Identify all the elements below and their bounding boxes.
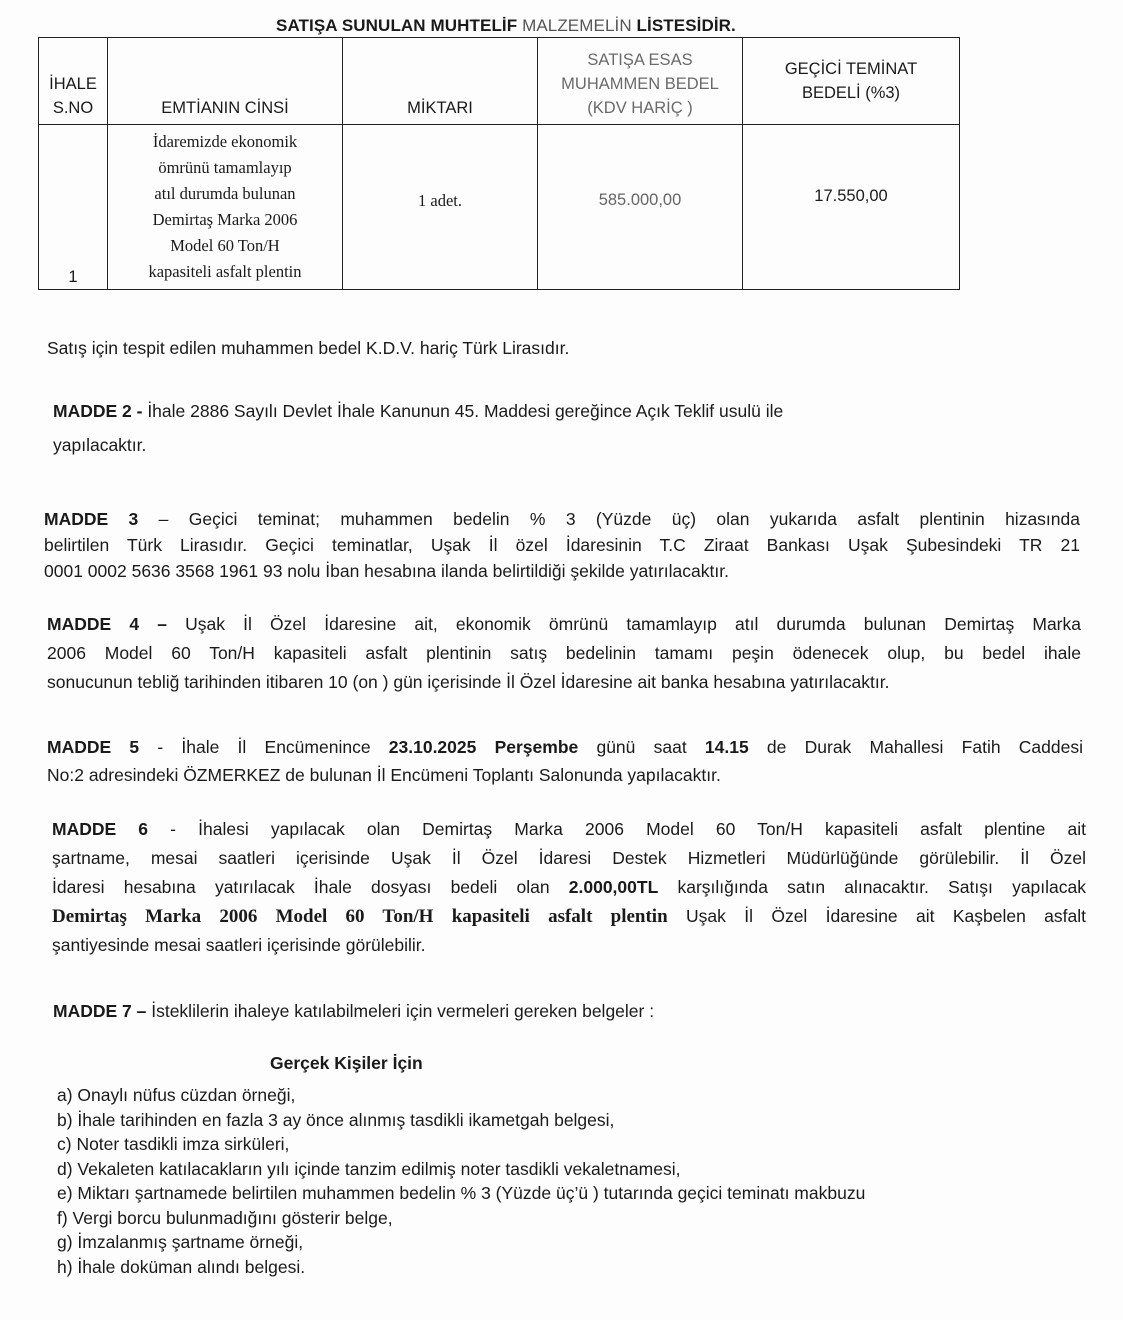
items-table: İHALES.NO EMTİANIN CİNSİ MİKTARI SATIŞA … (38, 37, 960, 290)
list-item: e) Miktarı şartnamede belirtilen muhamme… (57, 1181, 865, 1206)
cell-sno: 1 (39, 125, 108, 290)
list-item: c) Noter tasdikli imza sirküleri, (57, 1132, 865, 1157)
article-2-label: MADDE 2 - (53, 401, 142, 421)
header-temporary-deposit: GEÇİCİ TEMİNATBEDELİ (%3) (743, 38, 960, 125)
cell-description: İdaremizde ekonomik ömrünü tamamlayıp at… (108, 125, 343, 290)
article-5-label: MADDE 5 (47, 737, 139, 757)
header-quantity: MİKTARI (343, 38, 538, 125)
header-description: EMTİANIN CİNSİ (108, 38, 343, 125)
article-6: MADDE 6 - İhalesi yapılacak olan Demirta… (52, 815, 1086, 960)
article-2: MADDE 2 - İhale 2886 Sayılı Devlet İhale… (53, 397, 983, 459)
list-item: d) Vekaleten katılacakların yılı içinde … (57, 1157, 865, 1182)
list-item: f) Vergi borcu bulunmadığını gösterir be… (57, 1206, 865, 1231)
article-7: MADDE 7 – İsteklilerin ihaleye katılabil… (53, 997, 654, 1025)
table-header-row: İHALES.NO EMTİANIN CİNSİ MİKTARI SATIŞA … (39, 38, 960, 125)
required-documents-list: a) Onaylı nüfus cüzdan örneği, b) İhale … (57, 1083, 865, 1279)
auction-time: 14.15 (705, 737, 749, 757)
article-5: MADDE 5 - İhale İl Encümenince 23.10.202… (47, 733, 1083, 789)
list-item: b) İhale tarihinden en fazla 3 ay önce a… (57, 1108, 865, 1133)
price-note: Satış için tespit edilen muhammen bedel … (47, 334, 569, 362)
document-title: SATIŞA SUNULAN MUHTELİF MALZEMELİN LİSTE… (276, 16, 736, 36)
table-row: 1 İdaremizde ekonomik ömrünü tamamlayıp … (39, 125, 960, 290)
article-4: MADDE 4 – Uşak İl Özel İdaresine ait, ek… (47, 610, 1081, 697)
header-estimated-value: SATIŞA ESASMUHAMMEN BEDEL(KDV HARİÇ ) (538, 38, 743, 125)
article-6-label: MADDE 6 (52, 819, 148, 839)
cell-estimated-value: 585.000,00 (538, 125, 743, 290)
list-item: g) İmzalanmış şartname örneği, (57, 1230, 865, 1255)
cell-quantity: 1 adet. (343, 125, 538, 290)
article-4-label: MADDE 4 – (47, 614, 167, 634)
article-3-label: MADDE 3 (44, 509, 138, 529)
article-7-label: MADDE 7 – (53, 1001, 146, 1021)
header-sno: İHALES.NO (39, 38, 108, 125)
file-fee: 2.000,00TL (569, 877, 659, 897)
real-persons-heading: Gerçek Kişiler İçin (270, 1053, 423, 1074)
list-item: a) Onaylı nüfus cüzdan örneği, (57, 1083, 865, 1108)
cell-temporary-deposit: 17.550,00 (743, 125, 960, 290)
article-3: MADDE 3 – Geçici teminat; muhammen bedel… (44, 506, 1080, 584)
auction-date: 23.10.2025 Perşembe (389, 737, 578, 757)
list-item: h) İhale doküman alındı belgesi. (57, 1255, 865, 1280)
